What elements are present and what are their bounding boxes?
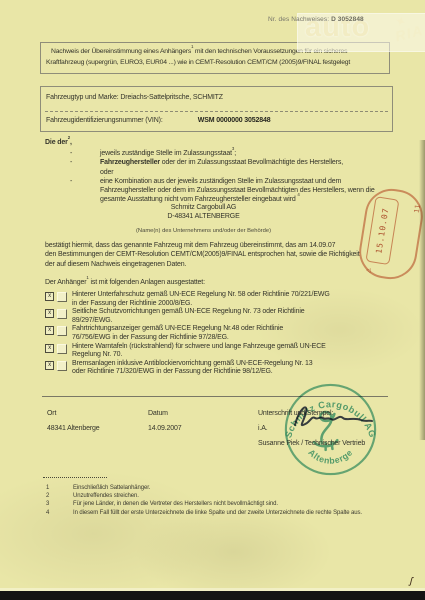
company-name: Schmitz Cargobull AG [40, 203, 367, 212]
checkbox-right-empty[interactable] [57, 344, 67, 354]
svg-text:Altenberge: Altenberge [306, 447, 354, 465]
place-label: Ort [47, 409, 99, 418]
company-city: D-48341 ALTENBERGE [40, 212, 367, 221]
issuer-option-2-bold: Fahrzeughersteller [100, 159, 160, 166]
checkbox-left-checked[interactable]: x [45, 361, 54, 370]
vehicle-type-line: Fahrzeugtyp und Marke: Dreiachs-Sattelpr… [41, 87, 392, 102]
signature-label: Unterschrift und Stempel: [258, 409, 365, 418]
dash-bullet: - [70, 158, 72, 167]
issuer-intro: Die der2, [45, 138, 72, 147]
checkbox-left-checked[interactable]: x [45, 326, 54, 335]
company-caption: (Name(n) des Unternehmens und/oder der B… [40, 227, 367, 236]
equipment-heading: Der Anhänger1 ist mit folgenden Anlagen … [45, 278, 205, 287]
checkbox-left-checked[interactable]: x [45, 309, 54, 318]
footnotes: 1Einschließlich Sattelanhänger. 2Unzutre… [46, 484, 362, 517]
checkbox-right-empty[interactable] [57, 361, 67, 371]
document-number-value: D 3052848 [331, 16, 364, 23]
date-value: 14.09.2007 [148, 424, 182, 433]
checkbox-left-checked[interactable]: x [45, 344, 54, 353]
place-column: Ort 48341 Altenberge [47, 409, 99, 433]
footnote-ref-3: 3 [232, 146, 234, 151]
stamp-date-value: 15.10.07 [374, 207, 390, 254]
stamp-date-frame: 15.10.07 [365, 196, 399, 265]
signature-column: Unterschrift und Stempel: i.A. Susanne P… [258, 409, 365, 448]
scanned-certificate-document: Nr. des Nachweises: D 3052848 auto ✦ RIA… [0, 0, 425, 600]
dash-bullet: - [70, 149, 72, 158]
equipment-item: x Seitliche Schutzvorrichtungen gemäß UN… [45, 308, 393, 325]
vin-value: WSM 0000000 3052848 [198, 117, 271, 124]
confirmation-paragraph: bestätigt hiermit, dass das genannte Fah… [45, 241, 359, 269]
paper-crease-shadow [419, 140, 425, 440]
signer-name: Susanne Piek / Technischer Vertrieb [258, 439, 365, 448]
vin-label: Fahrzeugidentifizierungsnummer (VIN): [46, 116, 196, 125]
equipment-item: x Bremsanlagen inklusive Antiblockiervor… [45, 360, 393, 377]
equipment-item: x Hinterer Unterfahrschutz gemäß UN-ECE … [45, 291, 393, 308]
issuer-option-3: - eine Kombination aus der jeweils zustä… [45, 177, 390, 205]
footnote-ref-1: 1 [191, 44, 193, 49]
date-label: Datum [148, 409, 182, 418]
equipment-item: x Fahrtrichtungsanzeiger gemäß UN-ECE Re… [45, 325, 393, 342]
footnote-ref-2: 2 [68, 135, 70, 140]
issuer-options-list: - jeweils zuständige Stelle im Zulassung… [45, 149, 390, 205]
vin-line: Fahrzeugidentifizierungsnummer (VIN): WS… [46, 116, 270, 125]
document-number-label: Nr. des Nachweises: [268, 16, 329, 23]
issuer-option-2: - Fahrzeughersteller oder der im Zulassu… [45, 158, 390, 177]
footnote-2: 2Unzutreffendes streichen. [46, 492, 362, 500]
company-block: Schmitz Cargobull AG D-48341 ALTENBERGE … [40, 203, 367, 236]
vehicle-box: Fahrzeugtyp und Marke: Dreiachs-Sattelpr… [40, 86, 393, 132]
footnote-3: 3Für jene Länder, in denen die Vertreter… [46, 500, 362, 508]
footnote-4: 4In diesem Fall füllt der erste Unterzei… [46, 509, 362, 517]
dashed-separator [45, 111, 388, 112]
place-value: 48341 Altenberge [47, 424, 99, 433]
footnote-separator [43, 477, 107, 478]
stamp-triangle-mark: △ [365, 268, 373, 274]
checkbox-left-checked[interactable]: x [45, 292, 54, 301]
checkbox-right-empty[interactable] [57, 292, 67, 302]
title-line-2: Kraftfahrzeug (supergrün, EURO3, EUR04 .… [46, 58, 384, 69]
equipment-list: x Hinterer Unterfahrschutz gemäß UN-ECE … [45, 291, 393, 377]
footnote-1: 1Einschließlich Sattelanhänger. [46, 484, 362, 492]
stamp-arc-bottom-text: Altenberge [306, 447, 354, 465]
document-number: Nr. des Nachweises: D 3052848 [268, 16, 364, 23]
dash-bullet: - [70, 177, 72, 186]
equipment-item: x Hintere Warntafeln (rückstrahlend) für… [45, 343, 393, 360]
footnote-ref-1: 1 [86, 275, 88, 280]
signature-ia: i.A. [258, 424, 365, 433]
issuer-option-1: - jeweils zuständige Stelle im Zulassung… [45, 149, 390, 158]
checkbox-right-empty[interactable] [57, 309, 67, 319]
footnote-ref-4: 4 [297, 192, 299, 197]
scan-background-band [0, 591, 425, 600]
date-column: Datum 14.09.2007 [148, 409, 182, 433]
ink-smudge-mark: ʃ [409, 576, 414, 587]
checkbox-right-empty[interactable] [57, 326, 67, 336]
